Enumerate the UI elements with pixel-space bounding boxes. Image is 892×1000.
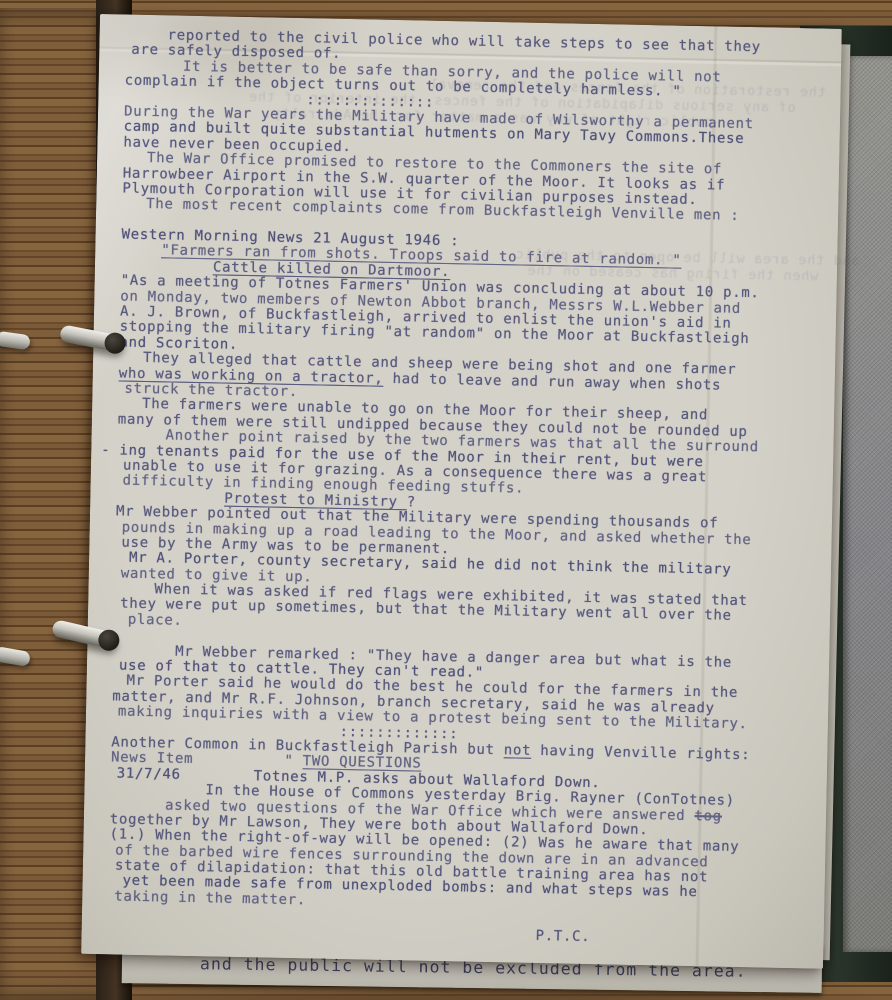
typed-text-block: reported to the civil police who will ta… [108,28,828,950]
typed-page: the restoration of the fences and the re… [81,14,842,969]
photo-scene: { "palette": { "ink": "#474a74", "paper"… [0,0,892,1000]
album-grey-leaf [843,56,892,952]
underlined-text: not [504,742,532,759]
typed-text: place. [128,612,183,629]
struck-text: tog [694,808,722,825]
typed-text: ? [407,494,416,510]
bleedthrough-layer: the restoration of the fences and the re… [100,14,842,29]
photo-scene-layers: and the public will not be excluded from… [0,0,892,1000]
typed-text: P.T.C. [535,928,590,945]
